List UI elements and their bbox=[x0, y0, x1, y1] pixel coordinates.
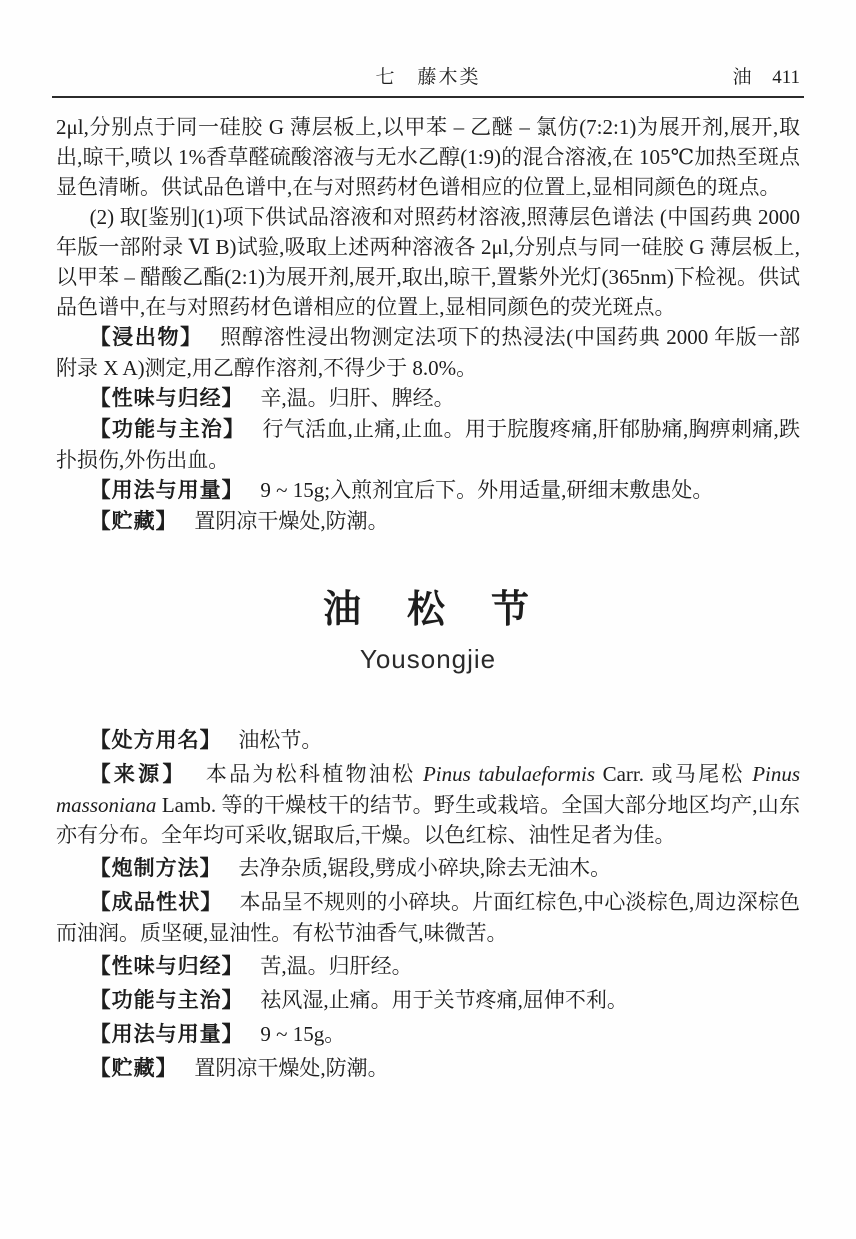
entry-label: 【浸出物】 bbox=[90, 326, 203, 349]
body-paragraph: 2μl,分别点于同一硅胶 G 薄层板上,以甲苯 – 乙醚 – 氯仿(7:2:1)… bbox=[56, 112, 800, 202]
entry-label: 【功能与主治】 bbox=[90, 418, 246, 441]
entry-functions-indications: 【功能与主治】 行气活血,止痛,止血。用于脘腹疼痛,肝郁胁痛,胸痹刺痛,跌扑损伤… bbox=[56, 414, 800, 475]
entry-storage: 【贮藏】 置阴凉干燥处,防潮。 bbox=[56, 1053, 800, 1084]
entry-label: 【性味与归经】 bbox=[90, 387, 244, 410]
page-number-block: 油 411 bbox=[732, 62, 800, 89]
entry-label: 【处方用名】 bbox=[90, 729, 222, 752]
entry-dosage: 【用法与用量】 9 ~ 15g;入煎剂宜后下。外用适量,研细末敷患处。 bbox=[56, 475, 800, 506]
entry-product-characters: 【成品性状】 本品呈不规则的小碎块。片面红棕色,中心淡棕色,周边深棕色而油润。质… bbox=[56, 887, 800, 948]
entry-property-meridian: 【性味与归经】 辛,温。归肝、脾经。 bbox=[56, 383, 800, 414]
monograph-title: 油 松 节 bbox=[0, 585, 856, 635]
entry-processing-method: 【炮制方法】 去净杂质,锯段,劈成小碎块,除去无油木。 bbox=[56, 853, 800, 884]
entry-label: 【贮藏】 bbox=[90, 510, 178, 533]
entry-prescription-name: 【处方用名】 油松节。 bbox=[56, 725, 800, 756]
chapter-heading: 七 藤木类 bbox=[52, 62, 804, 89]
entry-text: 辛,温。归肝、脾经。 bbox=[260, 386, 454, 410]
entry-label: 【来源】 bbox=[90, 763, 187, 786]
entry-label: 【成品性状】 bbox=[90, 891, 223, 914]
monograph-pinyin: Yousongjie bbox=[0, 643, 856, 675]
entry-text: 9 ~ 15g;入煎剂宜后下。外用适量,研细末敷患处。 bbox=[260, 478, 713, 502]
entry-text: 置阴凉干燥处,防潮。 bbox=[194, 509, 388, 533]
entry-text: 置阴凉干燥处,防潮。 bbox=[194, 1056, 388, 1080]
scanned-book-page: 七 藤木类 油 411 2μl,分别点于同一硅胶 G 薄层板上,以甲苯 – 乙醚… bbox=[0, 0, 856, 1239]
entry-label: 【贮藏】 bbox=[90, 1057, 178, 1080]
entry-text: Lamb. 等的干燥枝干的结节。野生或栽培。全国大部分地区均产,山东亦有分布。全… bbox=[56, 793, 800, 847]
entry-extractives: 【浸出物】 照醇溶性浸出物测定法项下的热浸法(中国药典 2000 年版一部附录 … bbox=[56, 322, 800, 383]
entry-text: 去净杂质,锯段,劈成小碎块,除去无油木。 bbox=[238, 856, 611, 880]
entry-text: 祛风湿,止痛。用于关节疼痛,屈伸不利。 bbox=[260, 988, 628, 1012]
species-name-latin: Pinus tabulaeformis bbox=[423, 762, 595, 786]
running-head-topic: 油 bbox=[732, 67, 751, 88]
entry-source: 【来源】 本品为松科植物油松 Pinus tabulaeformis Carr.… bbox=[56, 759, 800, 850]
entry-dosage: 【用法与用量】 9 ~ 15g。 bbox=[56, 1019, 800, 1050]
entry-label: 【功能与主治】 bbox=[90, 989, 244, 1012]
entry-label: 【用法与用量】 bbox=[90, 1023, 244, 1046]
page-header: 七 藤木类 油 411 bbox=[52, 0, 804, 98]
entry-property-meridian: 【性味与归经】 苦,温。归肝经。 bbox=[56, 951, 800, 982]
entry-text: 苦,温。归肝经。 bbox=[260, 954, 412, 978]
entry-label: 【炮制方法】 bbox=[90, 857, 222, 880]
monograph-title-block: 油 松 节 Yousongjie bbox=[0, 585, 856, 675]
body-paragraph: (2) 取[鉴别](1)项下供试品溶液和对照药材溶液,照薄层色谱法 (中国药典 … bbox=[56, 202, 800, 322]
entry-text: 9 ~ 15g。 bbox=[260, 1022, 345, 1046]
entry-functions-indications: 【功能与主治】 祛风湿,止痛。用于关节疼痛,屈伸不利。 bbox=[56, 985, 800, 1016]
entry-storage: 【贮藏】 置阴凉干燥处,防潮。 bbox=[56, 506, 800, 537]
entry-text: 本品为松科植物油松 bbox=[206, 762, 423, 786]
entry-label: 【性味与归经】 bbox=[90, 955, 244, 978]
entry-text: 油松节。 bbox=[238, 728, 322, 752]
continuation-section: 2μl,分别点于同一硅胶 G 薄层板上,以甲苯 – 乙醚 – 氯仿(7:2:1)… bbox=[56, 112, 800, 537]
page-number: 411 bbox=[772, 67, 800, 88]
monograph-section: 【处方用名】 油松节。 【来源】 本品为松科植物油松 Pinus tabulae… bbox=[56, 725, 800, 1084]
entry-label: 【用法与用量】 bbox=[90, 479, 244, 502]
entry-text: Carr. 或马尾松 bbox=[603, 762, 753, 786]
